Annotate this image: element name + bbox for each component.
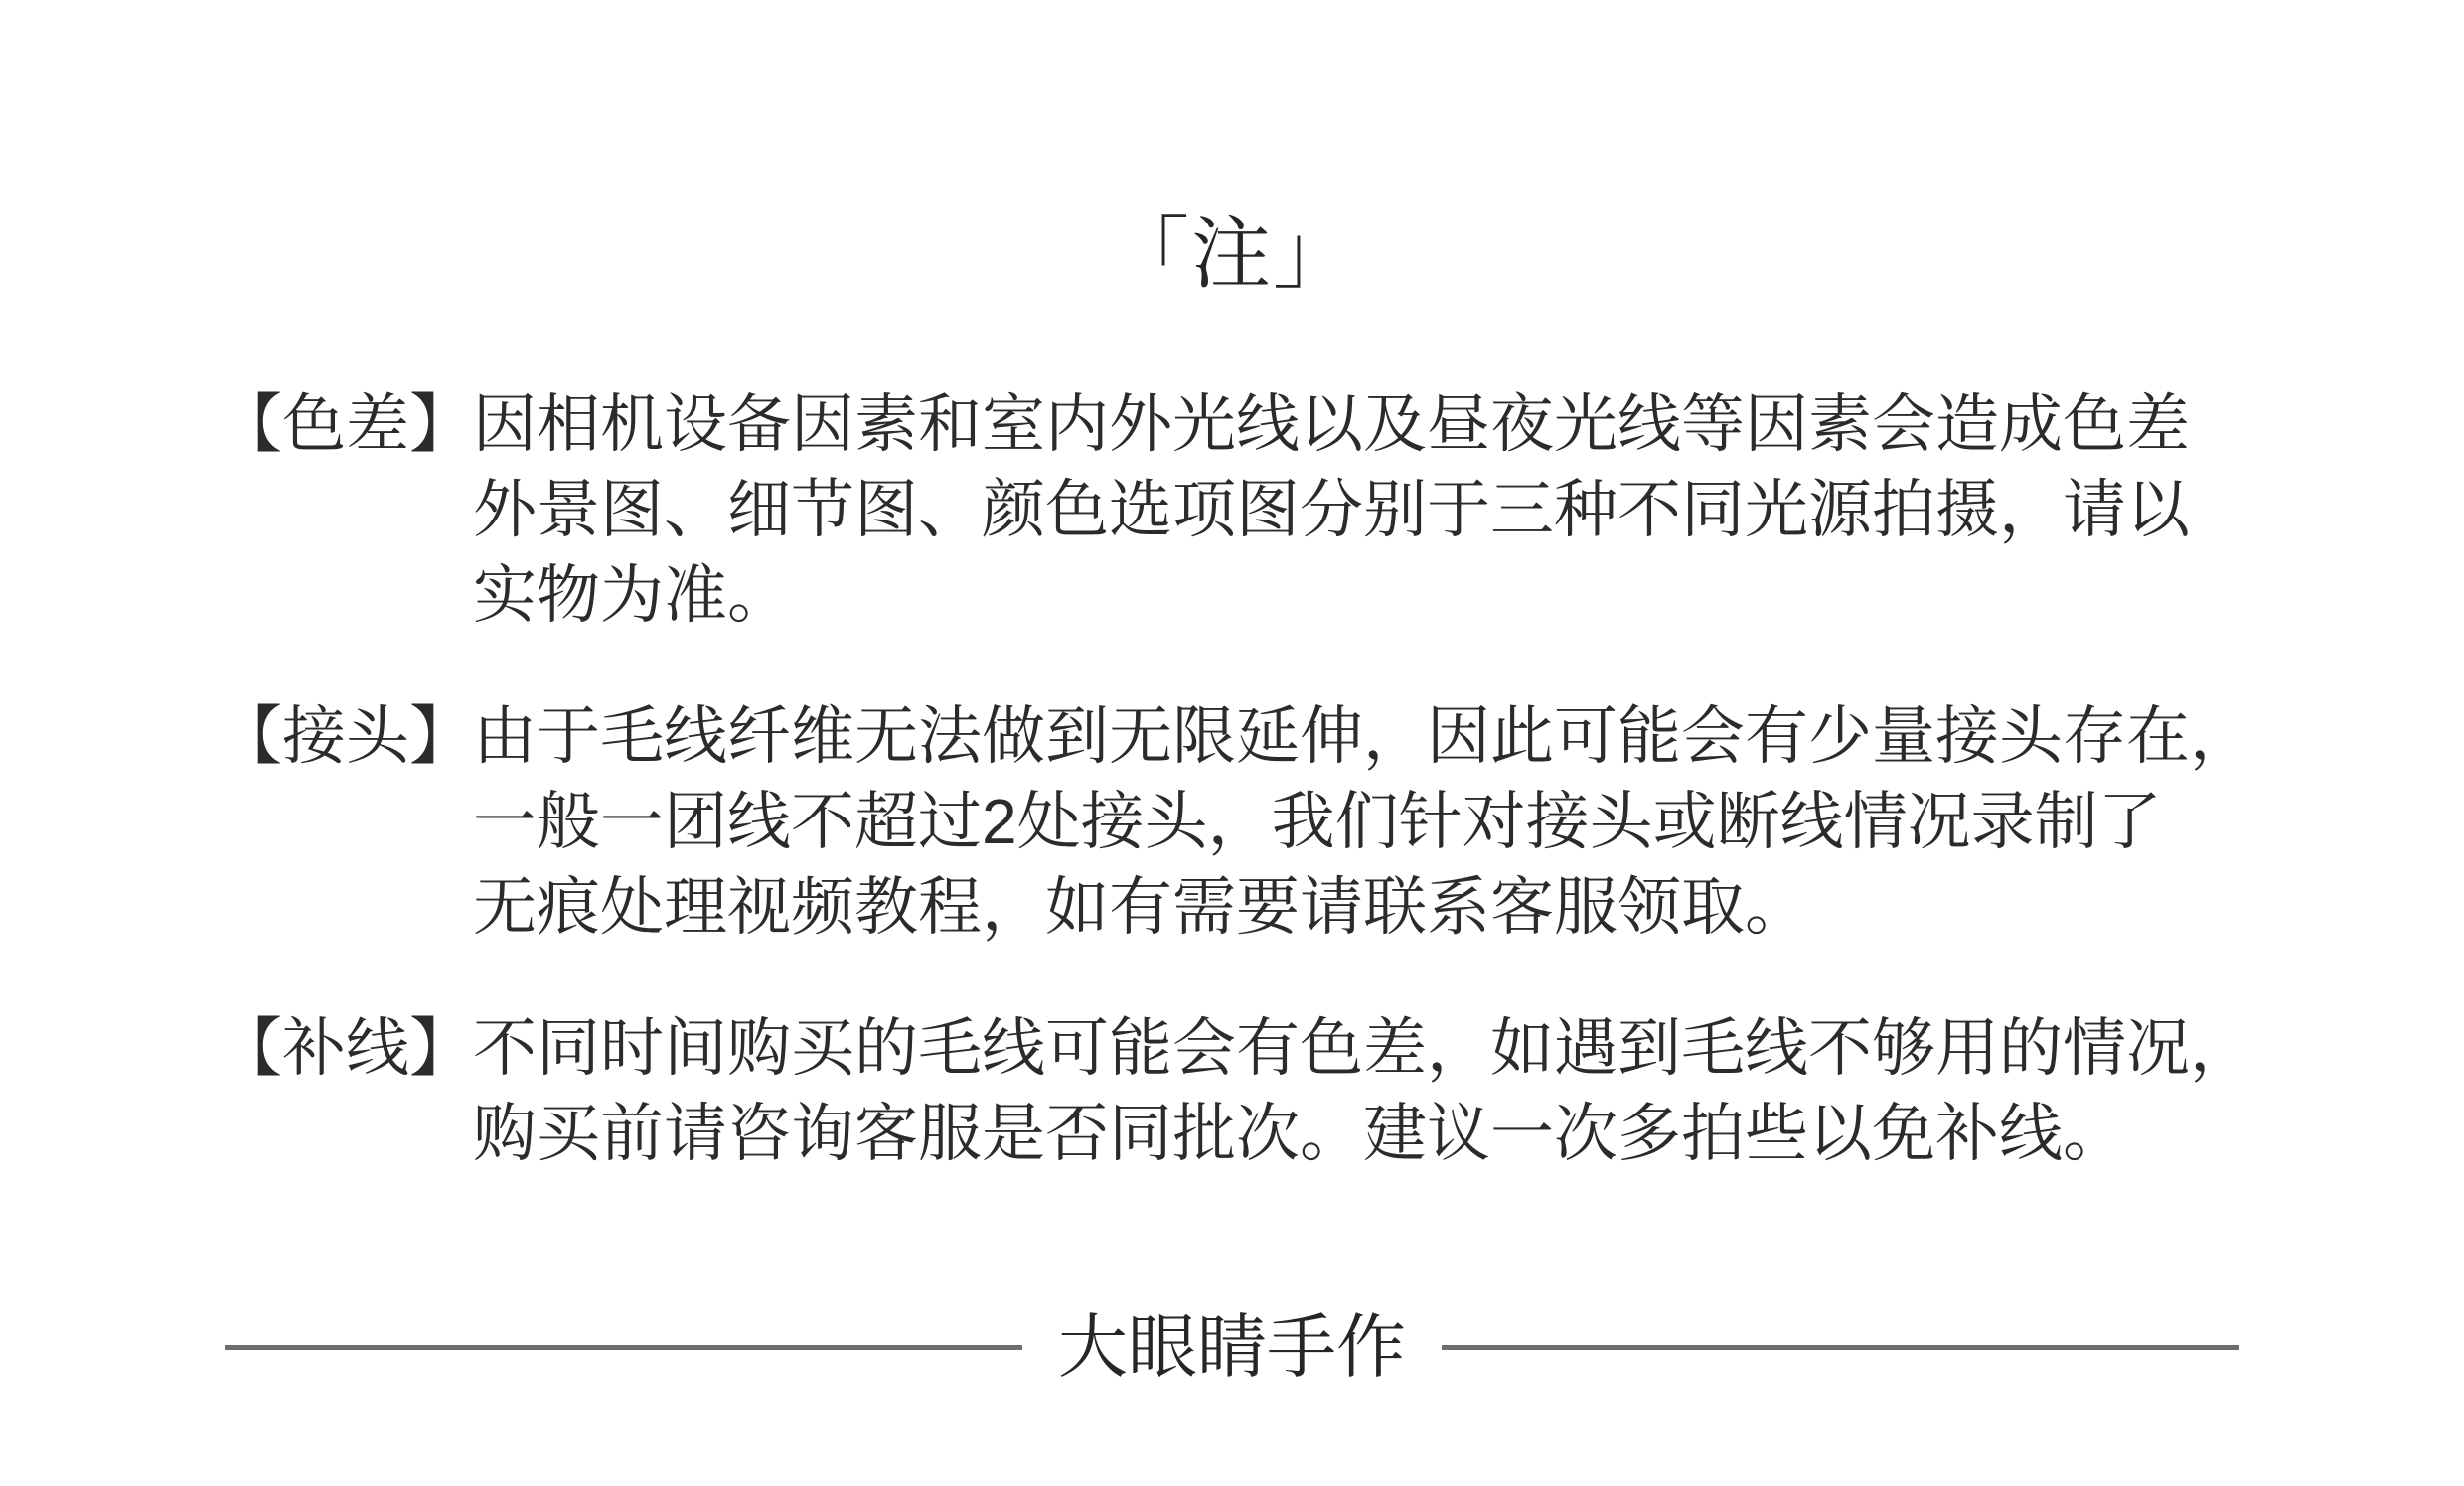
text-line: 实物为准。 — [473, 552, 2285, 638]
text-line: 一般一团线不超过2处接头，我们针对接头或断线情况录制了 — [473, 779, 2285, 864]
text-line: 外景图、细节图、颜色选项图分别于三种不同光源拍摄，请以 — [473, 467, 2285, 552]
section-text: 不同时间购买的毛线可能会有色差，如遇到毛线不够用的情况， 购买前请咨询客服是否同… — [473, 1005, 2285, 1176]
section-label: 【接头】 — [219, 693, 473, 779]
section-color-difference: 【色差】 因相机设备因素和室内外光线以及昼夜光线等因素会造成色差 外景图、细节图… — [219, 381, 2285, 638]
notice-page: 「注」 【色差】 因相机设备因素和室内外光线以及昼夜光线等因素会造成色差 外景图… — [0, 0, 2464, 1486]
text-line: 不同时间购买的毛线可能会有色差，如遇到毛线不够用的情况， — [473, 1005, 2285, 1091]
section-text: 由于毛线纤维无法做到无限延伸，因此可能会有少量接头存在， 一般一团线不超过2处接… — [473, 693, 2285, 950]
text-line: 无痕处理视频教程，如有需要请联系客服领取。 — [473, 864, 2285, 950]
page-title: 「注」 — [0, 0, 2464, 298]
notice-sections: 【色差】 因相机设备因素和室内外光线以及昼夜光线等因素会造成色差 外景图、细节图… — [0, 381, 2464, 1176]
section-replenish-yarn: 【补线】 不同时间购买的毛线可能会有色差，如遇到毛线不够用的情况， 购买前请咨询… — [219, 1005, 2285, 1176]
left-divider-line — [225, 1345, 1022, 1350]
section-text: 因相机设备因素和室内外光线以及昼夜光线等因素会造成色差 外景图、细节图、颜色选项… — [473, 381, 2285, 638]
section-label: 【色差】 — [219, 381, 473, 467]
brand-footer: 大眼睛手作 — [0, 1305, 2464, 1389]
right-divider-line — [1442, 1345, 2239, 1350]
text-line: 购买前请咨询客服是否同批次。建议一次多拍些以免补线。 — [473, 1091, 2285, 1176]
text-line: 由于毛线纤维无法做到无限延伸，因此可能会有少量接头存在， — [473, 693, 2285, 779]
section-label: 【补线】 — [219, 1005, 473, 1091]
brand-name: 大眼睛手作 — [1058, 1305, 1406, 1389]
text-line: 因相机设备因素和室内外光线以及昼夜光线等因素会造成色差 — [473, 381, 2285, 467]
section-yarn-joints: 【接头】 由于毛线纤维无法做到无限延伸，因此可能会有少量接头存在， 一般一团线不… — [219, 693, 2285, 950]
